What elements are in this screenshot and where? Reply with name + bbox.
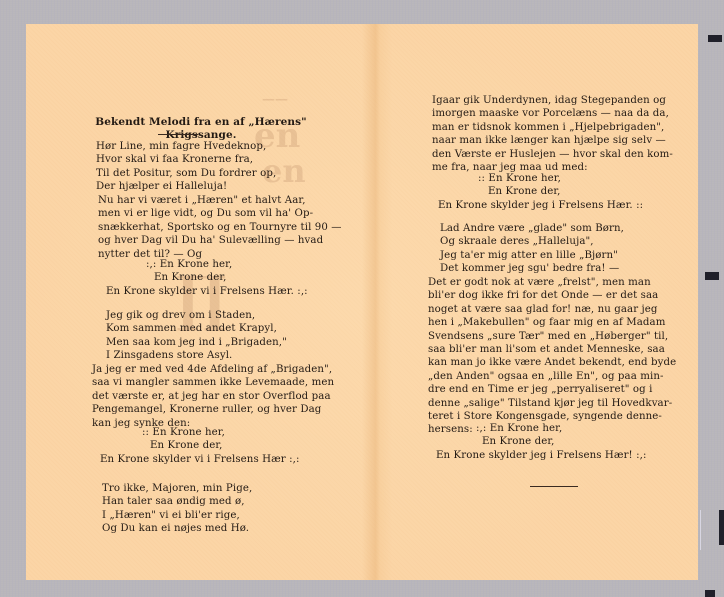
scan-marker (708, 35, 722, 42)
verse-line: Og Du kan ei nøjes med Hø. (102, 522, 252, 535)
prose-line: kan man jo ikke være Andet bekendt, end … (428, 356, 668, 369)
refrain-line: :,: En Krone her, (436, 422, 666, 435)
verse-line: Der hjælper ei Halleluja! (96, 180, 276, 193)
divider (158, 134, 198, 135)
verse-line: Tro ikke, Majoren, min Pige, (102, 482, 252, 495)
verse-line: I Zinsgadens store Asyl. (106, 349, 287, 362)
prose-line: „den Anden" ogsaa en „lille En", og paa … (428, 370, 668, 383)
verse-line: Men saa kom jeg ind i „Brigaden," (106, 336, 287, 349)
verse-line: Til det Positur, som Du fordrer op, (96, 167, 276, 180)
refrain-line: En Krone der, (436, 435, 666, 448)
prose-line: den Værste er Huslejen — hvor skal den k… (432, 148, 672, 161)
scan-edge-line (700, 510, 701, 550)
prose-line: bli'er dog ikke fri for det Onde — er de… (428, 289, 668, 302)
verse-line: Lad Andre være „glade" som Børn, (440, 222, 624, 235)
refrain-line: :: En Krone her, (100, 426, 320, 439)
prose-line: Ja jeg er med ved 4de Afdeling af „Briga… (92, 363, 332, 376)
verse-line: I „Hæren" vi ei bli'er rige, (102, 509, 252, 522)
prose-line: hen i „Makebullen" og faar mig en af Mad… (428, 316, 668, 329)
prose-line: det værste er, at jeg har en stor Overfl… (92, 390, 332, 403)
refrain-line: En Krone der, (438, 185, 668, 198)
refrain-line: En Krone der, (104, 271, 324, 284)
prose-line: saa bli'er man li'som et andet Menneske,… (428, 343, 668, 356)
refrain-line: :,: En Krone her, (104, 258, 324, 271)
verse-line: Det kommer jeg sgu' bedre fra! — (440, 262, 624, 275)
prose-line: man er tidsnok kommen i „Hjelpebrigaden"… (432, 121, 672, 134)
prose-2: Ja jeg er med ved 4de Afdeling af „Briga… (92, 363, 332, 430)
verse-line: Han taler saa øndig med ø, (102, 495, 252, 508)
verse-line: Jeg gik og drev om i Staden, (106, 309, 287, 322)
prose-2: Det er godt nok at være „frelst", men ma… (428, 276, 668, 437)
refrain-line: En Krone skylder vi i Frelsens Hær. :,: (104, 285, 324, 298)
prose-1: Nu har vi været i „Hæren" et halvt Aar, … (98, 194, 338, 261)
prose-line: og hver Dag vil Du ha' Sulevælling — hva… (98, 234, 338, 247)
scan-marker (705, 590, 715, 597)
prose-line: Igaar gik Underdynen, idag Stegepanden o… (432, 94, 672, 107)
verse-line: Hvor skal vi faa Kronerne fra, (96, 153, 276, 166)
right-page: Igaar gik Underdynen, idag Stegepanden o… (392, 24, 698, 580)
refrain-2: :,: En Krone her, En Krone der, En Krone… (436, 422, 666, 462)
bleed-through-text: —— (262, 92, 288, 107)
stanza-1: Lad Andre være „glade" som Børn, Og skra… (418, 222, 624, 276)
prose-line: saa vi mangler sammen ikke Levemaade, me… (92, 376, 332, 389)
verse-line: Og skraale deres „Halleluja", (440, 235, 624, 248)
prose-line: Pengemangel, Kronerne ruller, og hver Da… (92, 403, 332, 416)
refrain-2: :: En Krone her, En Krone der, En Krone … (100, 426, 320, 466)
refrain-1: :,: En Krone her, En Krone der, En Krone… (104, 258, 324, 298)
prose-line: Nu har vi været i „Hæren" et halvt Aar, (98, 194, 338, 207)
refrain-line: En Krone skylder jeg i Frelsens Hær! :,: (436, 449, 666, 462)
prose-line: dre end en Time er jeg „perryaliseret" o… (428, 383, 668, 396)
prose-line: denne „salige" Tilstand kjør jeg til Hov… (428, 397, 668, 410)
prose-line: men vi er lige vidt, og Du som vil ha' O… (98, 207, 338, 220)
prose-line: noget at være saa glad for! næ, nu gaar … (428, 303, 668, 316)
prose-line: Det er godt nok at være „frelst", men ma… (428, 276, 668, 289)
song-heading: Bekendt Melodi fra en af „Hærens" Krigss… (66, 116, 336, 143)
refrain-1: :: En Krone her, En Krone der, En Krone … (438, 172, 668, 212)
scan-marker (705, 272, 719, 280)
refrain-line: En Krone skylder vi i Frelsens Hær :,: (100, 453, 320, 466)
verse-line: Jeg ta'er mig atter en lille „Bjørn" (440, 249, 624, 262)
stanza-2: Jeg gik og drev om i Staden, Kom sammen … (84, 309, 287, 363)
verse-line: Hør Line, min fagre Hvedeknop, (96, 140, 276, 153)
scan-marker (719, 510, 724, 545)
prose-1: Igaar gik Underdynen, idag Stegepanden o… (432, 94, 672, 174)
end-divider (530, 486, 578, 487)
refrain-line: :: En Krone her, (438, 172, 668, 185)
refrain-line: En Krone skylder jeg i Frelsens Hær. :: (438, 199, 668, 212)
prose-line: naar man ikke længer kan hjælpe sig selv… (432, 134, 672, 147)
left-page: —— en en ∏ Bekendt Melodi fra en af „Hær… (26, 24, 362, 580)
page-fold (362, 24, 392, 580)
document-sheet: —— en en ∏ Bekendt Melodi fra en af „Hær… (26, 24, 698, 580)
verse-line: Kom sammen med andet Krapyl, (106, 322, 287, 335)
prose-line: imorgen maaske vor Porcelæns — naa da da… (432, 107, 672, 120)
prose-line: Svendsens „sure Tær" med en „Høberger" t… (428, 330, 668, 343)
prose-line: snækkerhat, Sportsko og en Tournyre til … (98, 221, 338, 234)
refrain-line: En Krone der, (100, 439, 320, 452)
stanza-3: Tro ikke, Majoren, min Pige, Han taler s… (80, 482, 252, 536)
stanza-1: Hør Line, min fagre Hvedeknop, Hvor skal… (74, 140, 276, 194)
